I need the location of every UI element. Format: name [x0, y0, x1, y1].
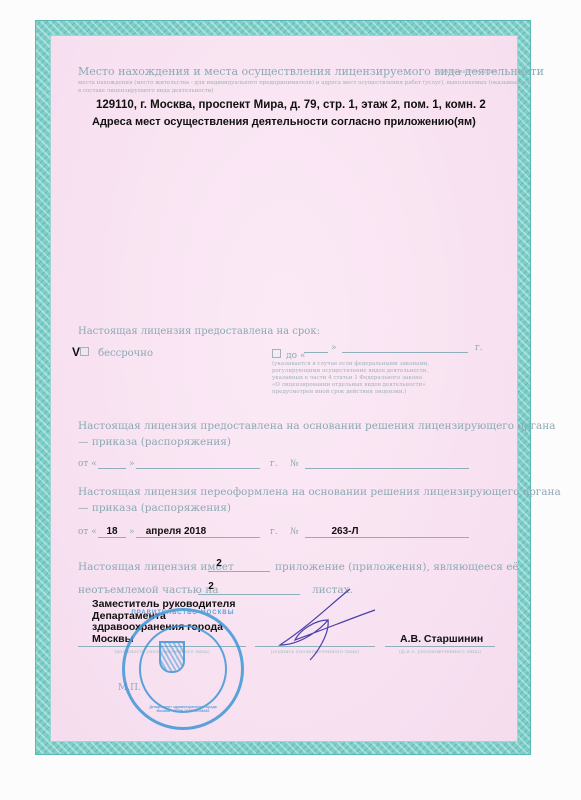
until-day-line	[304, 352, 328, 353]
moscow-coat-of-arms-icon	[159, 641, 185, 673]
reissued-day: 18	[98, 526, 126, 537]
indefinite-checkbox	[80, 347, 89, 356]
indefinite-option: V бессрочно	[72, 341, 153, 360]
term-footnote: (указывается в случае если федеральными …	[272, 361, 429, 396]
appendix-count-line	[208, 571, 270, 572]
reissued-line-1: Настоящая лицензия переоформлена на осно…	[78, 486, 561, 498]
reissued-number-line	[305, 537, 469, 538]
until-label: до «	[286, 351, 305, 361]
reissued-line-2: — приказа (распоряжения)	[78, 502, 231, 514]
appendix-count: 2	[208, 558, 230, 569]
reissued-date-line	[136, 537, 260, 538]
location-note-2: места нахождения (место жительства - для…	[78, 80, 532, 87]
official-seal-stamp: ПРАВИТЕЛЬСТВО МОСКВЫ Департамент здравоо…	[122, 608, 244, 730]
granted-from-label: от «	[78, 459, 97, 469]
indefinite-label: бессрочно	[98, 348, 153, 359]
term-heading: Настоящая лицензия предоставлена на срок…	[78, 326, 320, 337]
stamp-inner-text: Департамент здравоохранения города Москв…	[143, 705, 223, 713]
location-note-1: (указываются адрес	[440, 69, 499, 76]
location-note-3: в составе лицензируемого вида деятельнос…	[78, 88, 214, 95]
until-date-line	[342, 352, 468, 353]
granted-number-line	[305, 468, 469, 469]
granted-number-label: №	[290, 459, 299, 469]
reissued-number-label: №	[290, 527, 299, 537]
until-quote-close: »	[331, 343, 337, 353]
stamp-outer-text: ПРАВИТЕЛЬСТВО МОСКВЫ	[125, 610, 241, 616]
until-checkbox	[272, 349, 281, 358]
sheet-count: 2	[198, 581, 224, 592]
reissued-quote-close: »	[129, 527, 135, 537]
appendix-text-2: приложение (приложения), являющееся её	[275, 561, 519, 573]
reissued-day-line	[98, 537, 126, 538]
name-label: (ф.и.о. уполномоченного лица)	[385, 649, 495, 655]
reissued-number: 263-Л	[305, 526, 385, 537]
license-address: 129110, г. Москва, проспект Мира, д. 79,…	[96, 99, 486, 111]
granted-date-line	[136, 468, 260, 469]
stamp-inner-ring	[139, 625, 227, 713]
granted-quote-close: »	[129, 459, 135, 469]
reissued-year-suffix: г.	[270, 527, 278, 537]
signatory-name: А.В. Старшинин	[400, 633, 483, 645]
granted-day-line	[98, 468, 126, 469]
check-mark: V	[72, 345, 80, 359]
reissued-month-year: апреля 2018	[136, 526, 216, 537]
reissued-from-label: от «	[78, 527, 97, 537]
granted-line-1: Настоящая лицензия предоставлена на осно…	[78, 420, 556, 432]
granted-year-suffix: г.	[270, 459, 278, 469]
until-option: до «	[272, 343, 305, 362]
granted-line-2: — приказа (распоряжения)	[78, 436, 231, 448]
addresses-note: Адреса мест осуществления деятельности с…	[92, 116, 476, 128]
until-year-suffix: г.	[475, 343, 483, 353]
name-line	[385, 646, 495, 647]
handwritten-signature	[270, 585, 380, 665]
